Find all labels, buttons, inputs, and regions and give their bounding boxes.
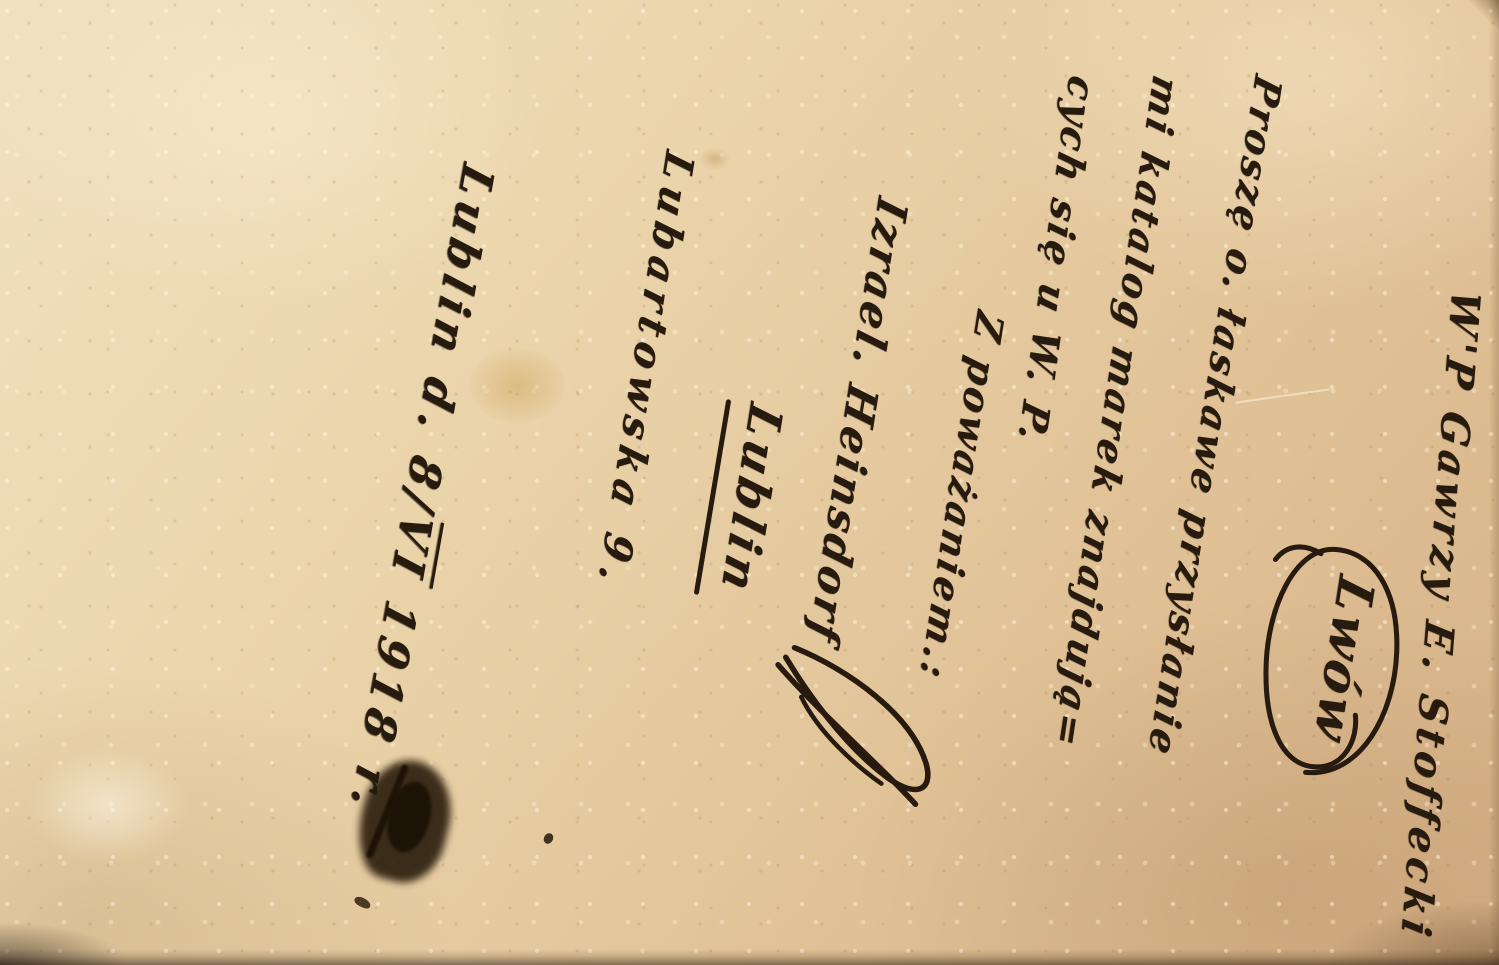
signature-line: Izrael. Heinsdorf xyxy=(802,193,913,649)
postcard-scan: W'P Gawrzy E. Stoffecki Lwów Proszę o. ł… xyxy=(0,0,1499,965)
closing-line: Z poważaniem.: xyxy=(914,307,1009,685)
date-prefix: Lublin d. xyxy=(402,158,503,464)
message-line-3: cych się u W. P. xyxy=(1013,72,1101,448)
ink-dot xyxy=(542,832,554,845)
date-line: Lublin d. 8/VI 1918 r. xyxy=(343,159,499,819)
sender-street-line: Lubartowska 9. xyxy=(591,147,699,594)
handwriting-layer: W'P Gawrzy E. Stoffecki Lwów Proszę o. ł… xyxy=(0,0,1499,965)
ink-flick-mark xyxy=(353,895,372,910)
signature-paraph-flourish xyxy=(763,634,947,818)
